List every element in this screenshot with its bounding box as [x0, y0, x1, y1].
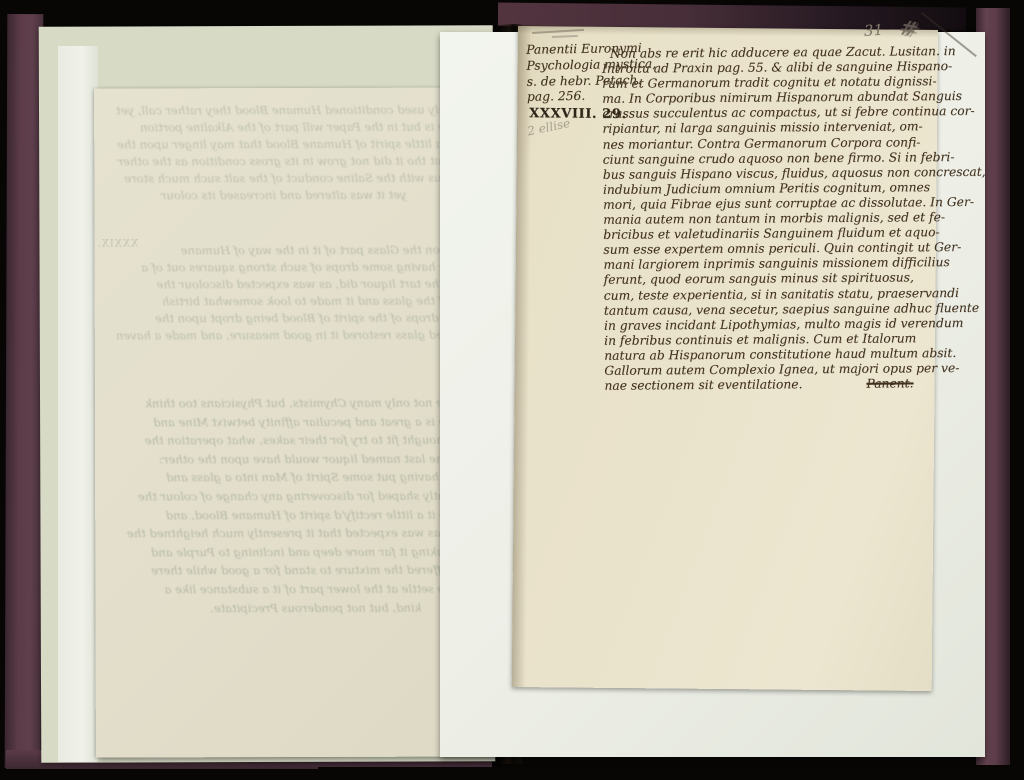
page-number-pencil: 31 [863, 21, 883, 40]
show-through-line: yet it was altered and increased its col… [100, 186, 496, 204]
show-through-line: surface of the glass and it made to look… [101, 292, 497, 310]
show-through-line: conveniently shaped for discovering any … [101, 486, 497, 506]
interleaf-sheet-left [58, 46, 98, 762]
show-through-line: colour, making it far more deep and incl… [101, 542, 497, 562]
show-through-line: I commonly used conditioned Humane Blood… [100, 101, 496, 119]
show-through-line: but a few drops of the spirit of Blood b… [101, 309, 497, 327]
pencil-strike-mark [532, 29, 584, 34]
show-through-text-block: 9. Since not only many Chymists, but Phy… [101, 393, 498, 617]
show-through-line: Blood, I thought fit to try for their sa… [101, 431, 497, 451]
show-through-line: kind, but not ponderous Precipitate. [101, 598, 497, 618]
show-through-line: whereby a little spirit of Humane Blood … [100, 135, 496, 153]
manuscript-line-last: nae sectionem sit eventilatione.Panent. [604, 376, 946, 394]
show-through-line: having thus with the Saline conduct of t… [100, 169, 496, 187]
pencil-strike-mark [552, 35, 578, 38]
show-through-line: Upon the Glass part of it in the way of … [101, 241, 497, 259]
show-through-line: that there is a great and peculiar affin… [101, 412, 497, 432]
show-through-line: Blood, we having some drops of such stro… [101, 258, 497, 276]
book-cover-left-edge [5, 14, 44, 768]
show-through-line: common the tart liquor did, as was expec… [101, 275, 497, 293]
right-page: 31 # Panentii Euronymi Psychologia mysti… [512, 26, 938, 691]
manuscript-book-scan: XXXIX. I commonly used conditioned Human… [0, 0, 1024, 780]
manuscript-text-block: Non abs re erit hic adducere ea quae Zac… [602, 44, 947, 394]
show-through-text-block: I commonly used conditioned Humane Blood… [100, 101, 496, 204]
show-through-line: discoloured glass restored it in good me… [101, 326, 497, 344]
show-through-line: therefore having put some Spirit of Man … [101, 468, 497, 488]
show-through-text-block: Upon the Glass part of it in the way of … [101, 241, 497, 344]
show-through-line: 9. Since not only many Chymists, but Phy… [101, 393, 497, 413]
struck-out-word: Panent. [866, 376, 913, 390]
show-through-line: dropt into it a little rectify'd spirit … [101, 505, 497, 525]
show-through-line: seemed to settle at the lower part of it… [101, 579, 497, 599]
show-through-line: spirit of the last named liquor would ha… [101, 449, 497, 469]
show-through-line: that there is but in the Paper will part… [100, 118, 496, 136]
show-through-line: reason that tho it did not grow in its g… [100, 152, 496, 170]
show-through-line: observed as was expected that it present… [101, 524, 497, 544]
show-through-line: having suffered the mixture to stand for… [101, 561, 497, 581]
manuscript-line-text: nae sectionem sit eventilatione. [604, 377, 802, 393]
